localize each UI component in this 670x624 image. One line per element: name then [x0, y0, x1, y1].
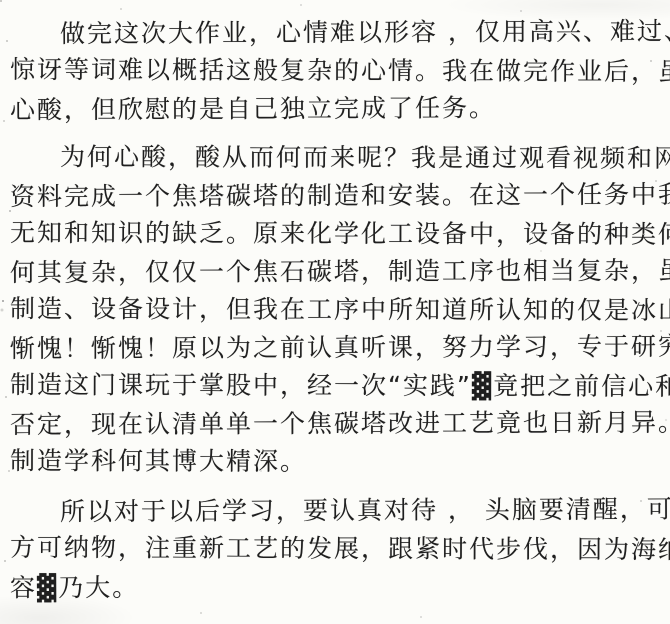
text-line: 无知和知识的缺乏。原来化学化工设备中，设备的种类何其之多，型号: [10, 214, 666, 254]
text-line: 否定，现在认清单单一个焦碳塔改进工艺竟也日新月异。从中可知: [10, 404, 666, 444]
text-line: 为何心酸，酸从而何而来呢？我是通过观看视频和网上搜索: [10, 138, 666, 178]
text-line: 做完这次大作业，心情难以形容 ，仅用高兴、难过、: [10, 13, 666, 54]
text-line: 制造这门课玩于掌股中，经一次“实践”▓竟把之前信心和观念全: [10, 366, 666, 406]
text-line: 心酸，但欣慰的是自己独立完成了任务。: [10, 89, 666, 130]
handwritten-page: 做完这次大作业，心情难以形容 ，仅用高兴、难过、 惊讶等词难以概括这般复杂的心情…: [0, 0, 670, 624]
text-line: 制造、设备设计，但我在工序中所知道所认知的仅是冰山一角，: [10, 290, 666, 330]
text-line: 惭愧！惭愧！原以为之前认真听课，努力学习，专于研究 就可把: [10, 328, 666, 368]
text-line: 所以对于以后学习，要认真对待 ， 头脑要清醒，可明白虚心: [10, 491, 666, 532]
text-line: 惊讶等词难以概括这般复杂的心情。我在做完作业后，虽然: [10, 51, 666, 91]
paragraph-3: 所以对于以后学习，要认真对待 ， 头脑要清醒，可明白虚心 方可纳物，注重新工艺的…: [10, 492, 666, 606]
text-line: 资料完成一个焦塔碳塔的制造和安装。在这一个任务中我了解了自己的: [10, 176, 666, 216]
paragraph-2: 为何心酸，酸从而何而来呢？我是通过观看视频和网上搜索 资料完成一个焦塔碳塔的制造…: [10, 139, 666, 481]
text-line: 容▓乃大。: [10, 567, 666, 608]
text-line: 何其复杂，仅仅一个焦石碳塔，制造工序也相当复杂，虽然学过设备: [10, 252, 666, 292]
paragraph-1: 做完这次大作业，心情难以形容 ，仅用高兴、难过、 惊讶等词难以概括这般复杂的心情…: [10, 14, 666, 128]
text-line: 方可纳物，注重新工艺的发展，跟紧时代步伐，因为海纳百川有: [10, 529, 666, 569]
text-line: 制造学科何其博大精深。: [10, 442, 666, 482]
